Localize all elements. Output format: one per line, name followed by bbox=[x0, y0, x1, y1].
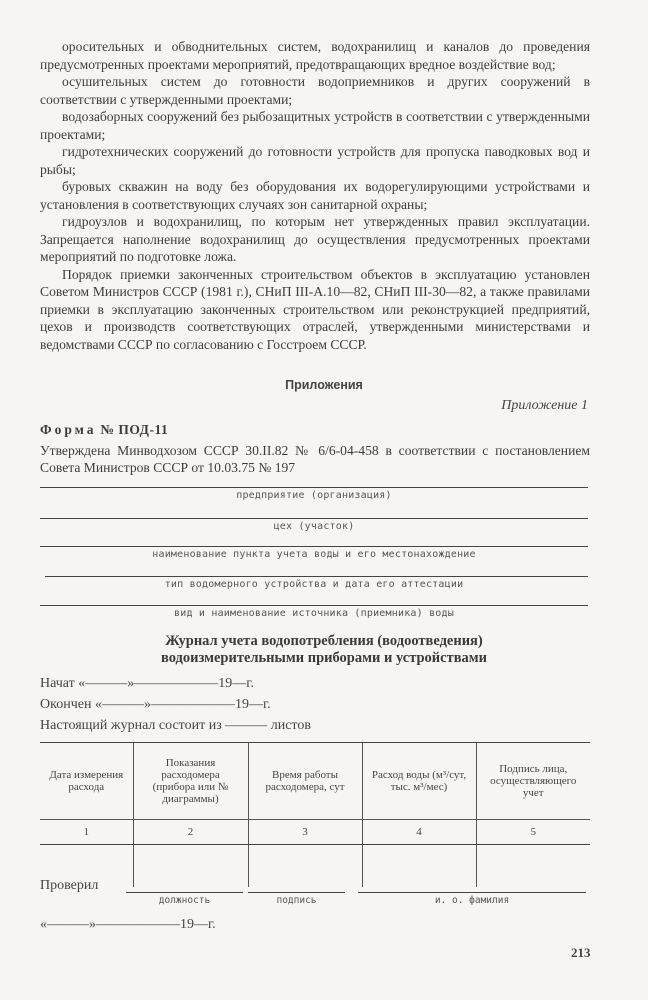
position-caption: должность bbox=[126, 895, 243, 906]
paragraph: водозаборных сооружений без рыбозащитных… bbox=[40, 108, 590, 143]
metering-point-field-line[interactable] bbox=[40, 546, 588, 547]
water-source-field-line[interactable] bbox=[40, 605, 588, 606]
paragraph: гидротехнических сооружений до готовност… bbox=[40, 143, 590, 178]
signature-caption: подпись bbox=[248, 895, 345, 906]
table-cell[interactable] bbox=[133, 845, 248, 888]
journal-title: Журнал учета водопотребления (водоотведе… bbox=[0, 633, 648, 667]
form-number: Форма № ПОД-11 bbox=[40, 422, 168, 438]
started-date-line[interactable]: Начат «———»——————19—г. bbox=[40, 676, 254, 692]
form-word: Форма bbox=[40, 422, 97, 437]
enterprise-field-line[interactable] bbox=[40, 487, 588, 488]
finished-date-line[interactable]: Окончен «———»——————19—г. bbox=[40, 697, 271, 713]
table-cell[interactable] bbox=[476, 845, 590, 888]
table-cell[interactable] bbox=[362, 845, 476, 888]
paragraph: осушительных систем до готовности водопр… bbox=[40, 73, 590, 108]
metering-point-field-caption: наименование пункта учета воды и его мес… bbox=[40, 549, 588, 560]
workshop-field-line[interactable] bbox=[40, 518, 588, 519]
column-header-operating-time: Время работы расходомера, сут bbox=[248, 743, 362, 820]
water-log-table: Дата измерения расхода Показания расходо… bbox=[40, 742, 590, 887]
column-header-meter-reading: Показания расходомера (прибора или № диа… bbox=[133, 743, 248, 820]
journal-title-line-2: водоизмерительными приборами и устройств… bbox=[0, 650, 648, 667]
verified-by-label: Проверил bbox=[40, 878, 98, 894]
column-header-signature: Подпись лица, осуществляющего учет bbox=[476, 743, 590, 820]
workshop-field-caption: цех (участок) bbox=[40, 521, 588, 532]
full-name-field-line[interactable] bbox=[358, 892, 586, 893]
full-name-caption: и. о. фамилия bbox=[358, 895, 586, 906]
form-code: № ПОД-11 bbox=[100, 422, 168, 437]
column-header-water-flow: Расход воды (м³/сут, тыс. м³/мес) bbox=[362, 743, 476, 820]
table-cell[interactable] bbox=[248, 845, 362, 888]
meter-type-field-caption: тип водомерного устройства и дата его ат… bbox=[40, 579, 588, 590]
paragraph: оросительных и обводнительных систем, во… bbox=[40, 38, 590, 73]
sheet-count-line[interactable]: Настоящий журнал состоит из ——— листов bbox=[40, 718, 311, 734]
page-number: 213 bbox=[571, 945, 591, 961]
appendix-label: Приложение 1 bbox=[501, 398, 588, 414]
column-number: 1 bbox=[40, 820, 133, 845]
body-text: оросительных и обводнительных систем, во… bbox=[40, 38, 590, 353]
column-number: 5 bbox=[476, 820, 590, 845]
water-source-field-caption: вид и наименование источника (приемника)… bbox=[40, 608, 588, 619]
signature-field-line[interactable] bbox=[248, 892, 345, 893]
column-number-row: 1 2 3 4 5 bbox=[40, 820, 590, 845]
paragraph: гидроузлов и водохранилищ, по которым не… bbox=[40, 213, 590, 266]
position-field-line[interactable] bbox=[126, 892, 243, 893]
column-number: 3 bbox=[248, 820, 362, 845]
column-number: 2 bbox=[133, 820, 248, 845]
appendices-heading: Приложения bbox=[0, 378, 648, 392]
table-header-row: Дата измерения расхода Показания расходо… bbox=[40, 743, 590, 820]
verification-date-line[interactable]: «———»——————19—г. bbox=[40, 917, 216, 933]
paragraph: буровых скважин на воду без оборудования… bbox=[40, 178, 590, 213]
enterprise-field-caption: предприятие (организация) bbox=[40, 490, 588, 501]
column-header-date: Дата измерения расхода bbox=[40, 743, 133, 820]
table-row bbox=[40, 845, 590, 888]
column-number: 4 bbox=[362, 820, 476, 845]
journal-title-line-1: Журнал учета водопотребления (водоотведе… bbox=[0, 633, 648, 650]
paragraph: Порядок приемки законченных строительств… bbox=[40, 266, 590, 354]
approval-note: Утверждена Минводхозом СССР 30.II.82 № 6… bbox=[40, 442, 590, 476]
meter-type-field-line[interactable] bbox=[45, 576, 588, 577]
